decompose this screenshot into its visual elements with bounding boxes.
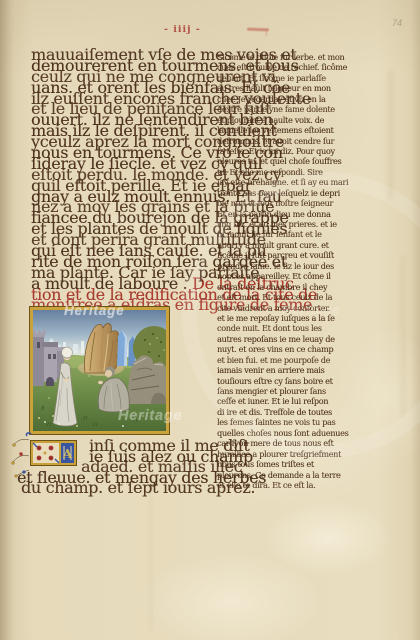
text-line: inſi comme il me diſt — [15, 441, 185, 452]
text-line: dextre partie vne fame dolente — [217, 102, 369, 112]
opening-paragraph: inſi comme il me diſtie ſuis alez ou cha… — [15, 441, 185, 494]
text-line: cuer. Je regarday et viz en la — [217, 92, 369, 102]
text-line: quil eſtoit perille. Et ie eſpar — [31, 181, 181, 192]
page-edge-shadow-left — [0, 0, 14, 640]
red-ink-smudge — [247, 28, 269, 31]
rocky-cliff — [128, 355, 166, 404]
text-line: pleures tu. et quel choſe ſouffres — [217, 154, 369, 164]
text-line: ceulz qui ne me congneurent vi — [31, 72, 181, 83]
text-line: cuer eſt trouble de rechief. ſicôme — [217, 60, 369, 70]
text-line: mauuaiſement vſe de mes voies et — [31, 50, 181, 61]
heritage-watermark: Heritage — [282, 303, 340, 316]
heritage-watermark: Heritage — [118, 409, 182, 424]
text-line: Sicôme ie diſoie ſur lerbe. et mon — [217, 50, 369, 60]
text-line: nez a moy les grains et la priue — [31, 202, 181, 213]
text-line: ma plante. Car ie ſay parfaite — [31, 268, 181, 279]
manuscript-page: - iiij - 74 mauuaiſement vſe de mes voie… — [0, 0, 420, 640]
text-line: deſrompus. et auoit cendre ſur — [217, 134, 369, 144]
text-line: laquelle les veſtemens eſtoient — [217, 123, 369, 133]
chapter-number-mark: - iiij - — [164, 25, 201, 35]
heritage-watermark: Heritage — [110, 214, 170, 228]
heritage-watermark: Heritage — [64, 304, 124, 318]
parchment-stain — [388, 70, 393, 200]
left-column: mauuaiſement vſe de mes voies etdemourer… — [31, 50, 181, 311]
text-line: yceulz aprez la mort congnoiſtre — [31, 137, 181, 148]
text-line: et dont perira grant multitude — [31, 235, 181, 246]
text-line: adaed. et maſſis illec — [15, 462, 185, 473]
folio-number: 74 — [392, 19, 402, 28]
text-line: deuant. Et ſicôme ie parlaſſe — [217, 71, 369, 81]
text-line: et plourant a haulte voix. de — [217, 113, 369, 123]
text-line: du champ. et ſept iours aprez. — [15, 483, 185, 494]
text-line: et le lieu de penitance leur fuſt — [31, 104, 181, 115]
